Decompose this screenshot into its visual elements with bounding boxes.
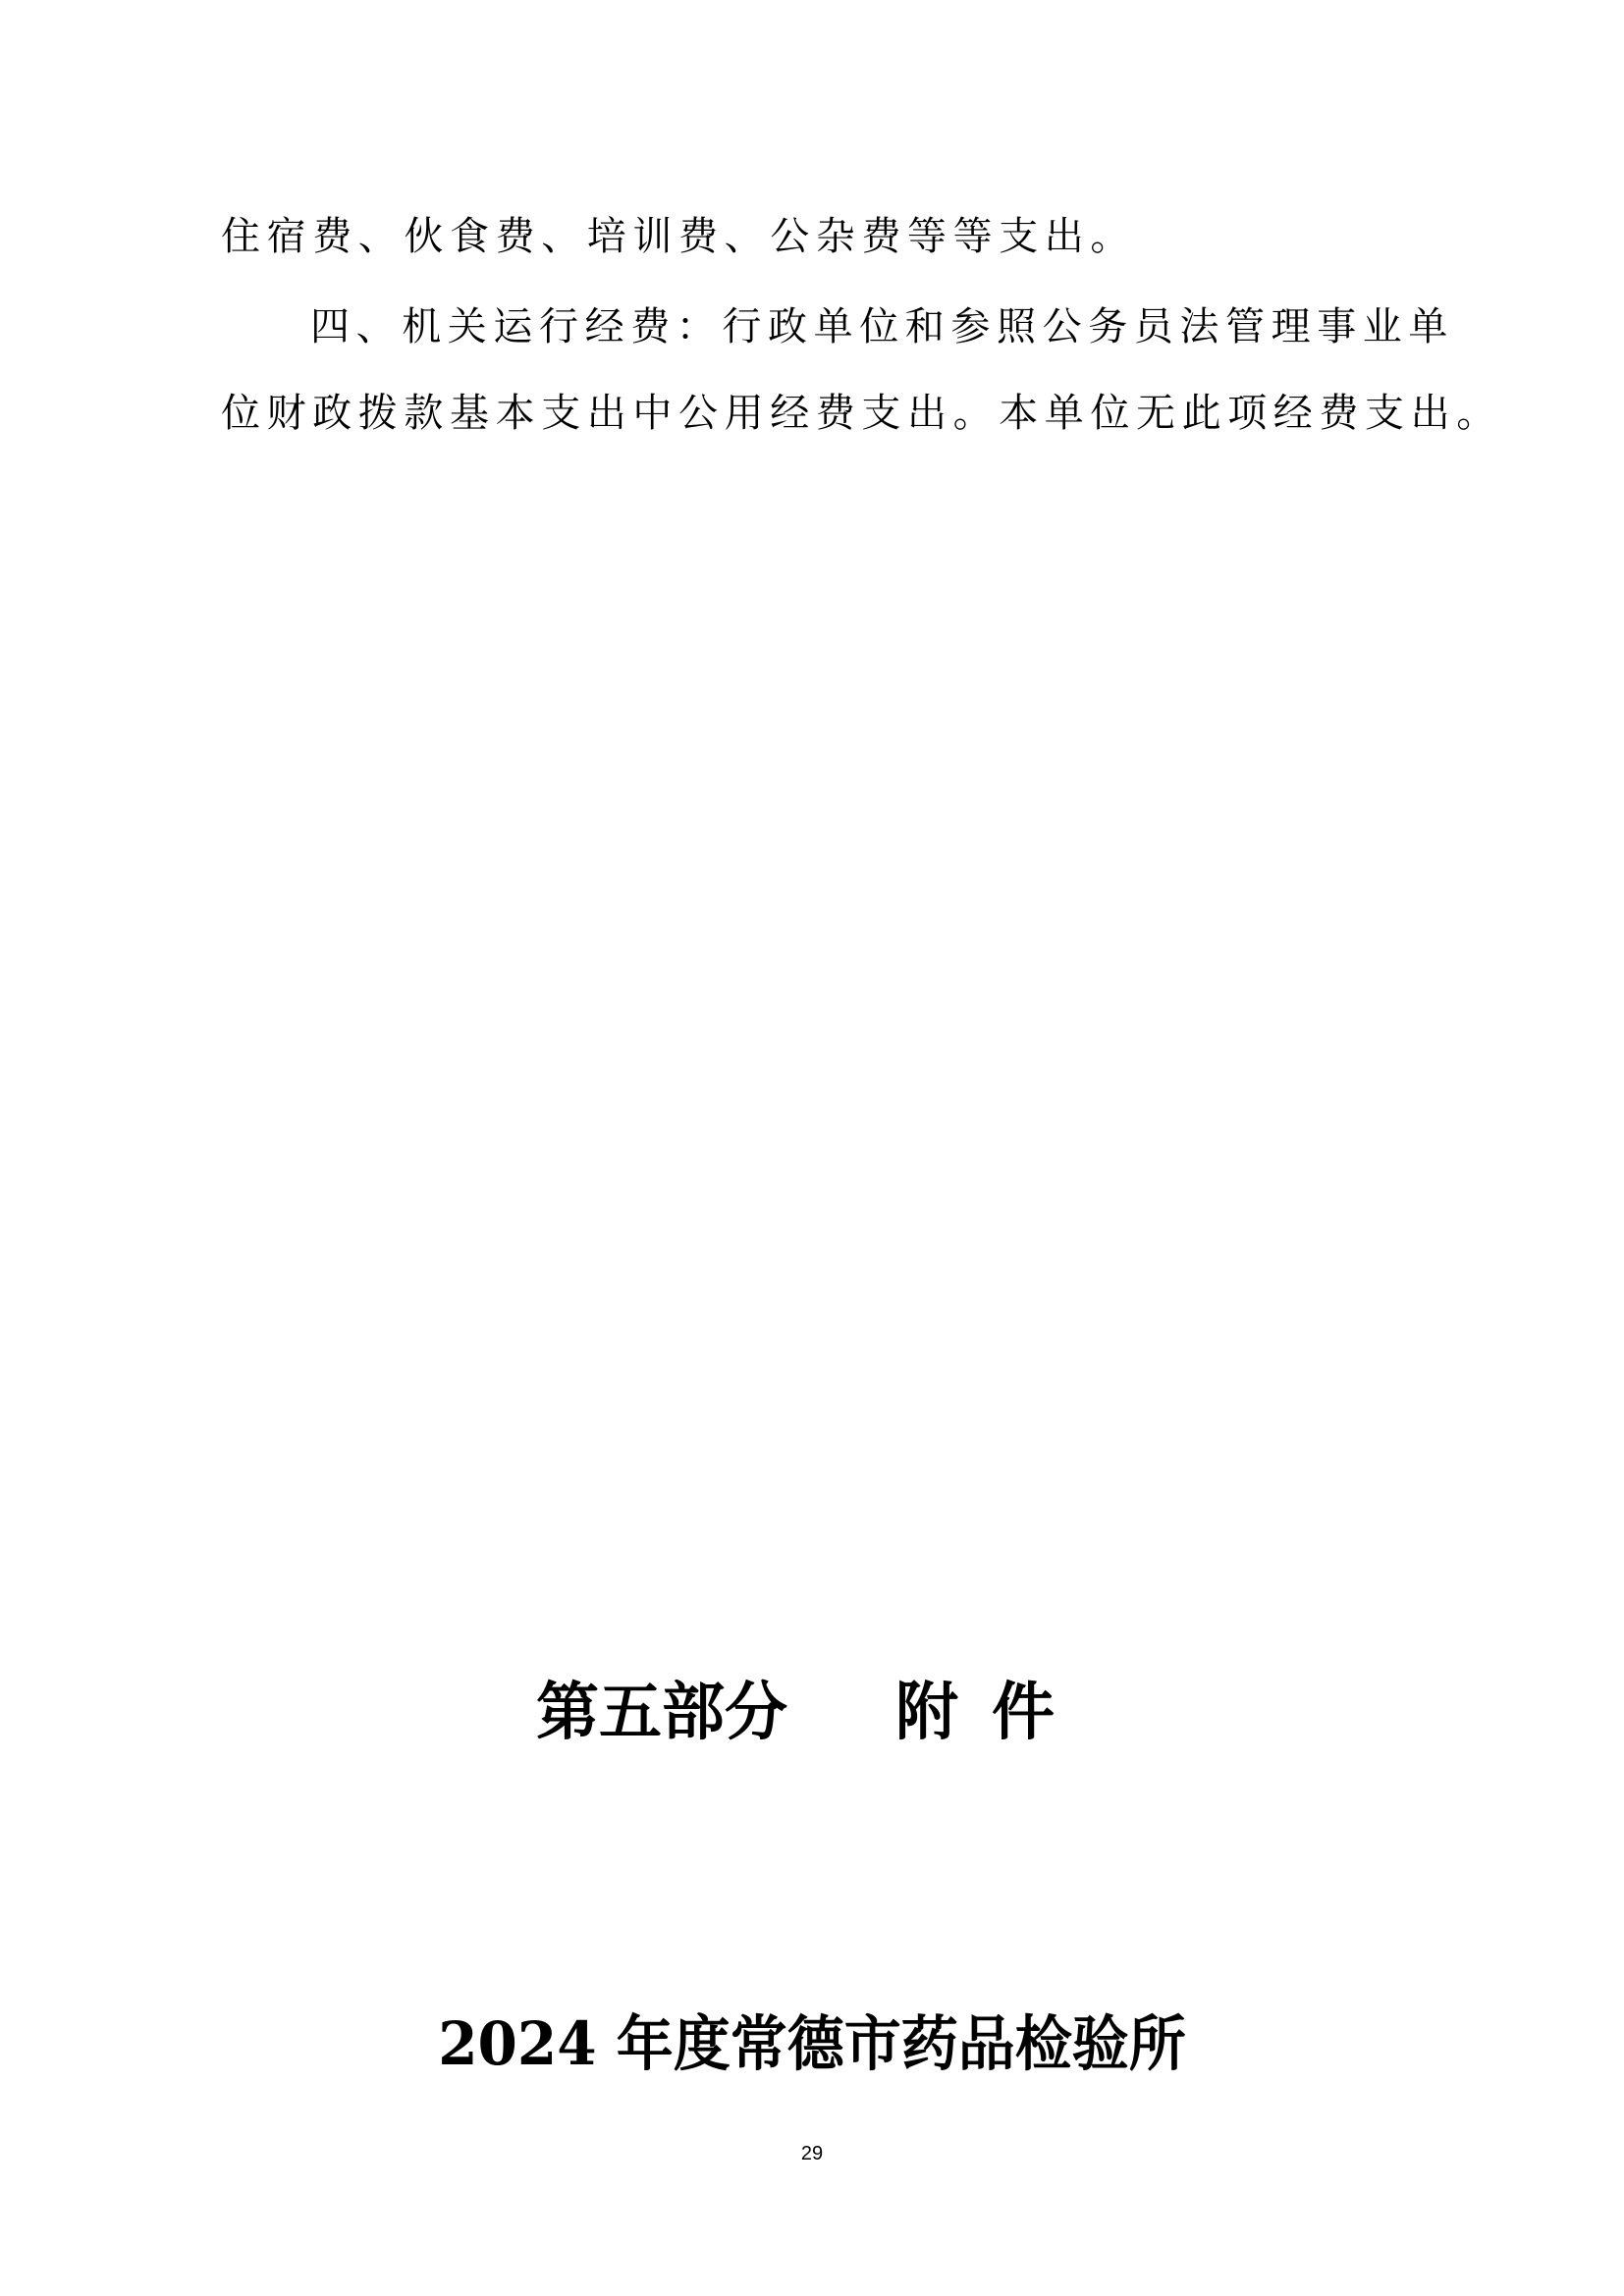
document-title: 2024 年度常德市药品检验所 <box>0 2005 1624 2082</box>
page-number: 29 <box>0 2142 1624 2165</box>
section-title: 附件 <box>895 1676 1088 1749</box>
section-part-label: 第五部分 <box>536 1676 787 1749</box>
section-heading: 第五部分附件 <box>0 1674 1624 1752</box>
paragraph-line: 住宿费、伙食费、培训费、公杂费等等支出。 <box>221 214 1404 259</box>
document-page: 住宿费、伙食费、培训费、公杂费等等支出。 四、机关运行经费：行政单位和参照公务员… <box>0 0 1624 2296</box>
paragraph-line: 四、机关运行经费：行政单位和参照公务员法管理事业单 <box>310 304 1493 349</box>
paragraph-line: 位财政拨款基本支出中公用经费支出。本单位无此项经费支出。 <box>221 391 1404 436</box>
